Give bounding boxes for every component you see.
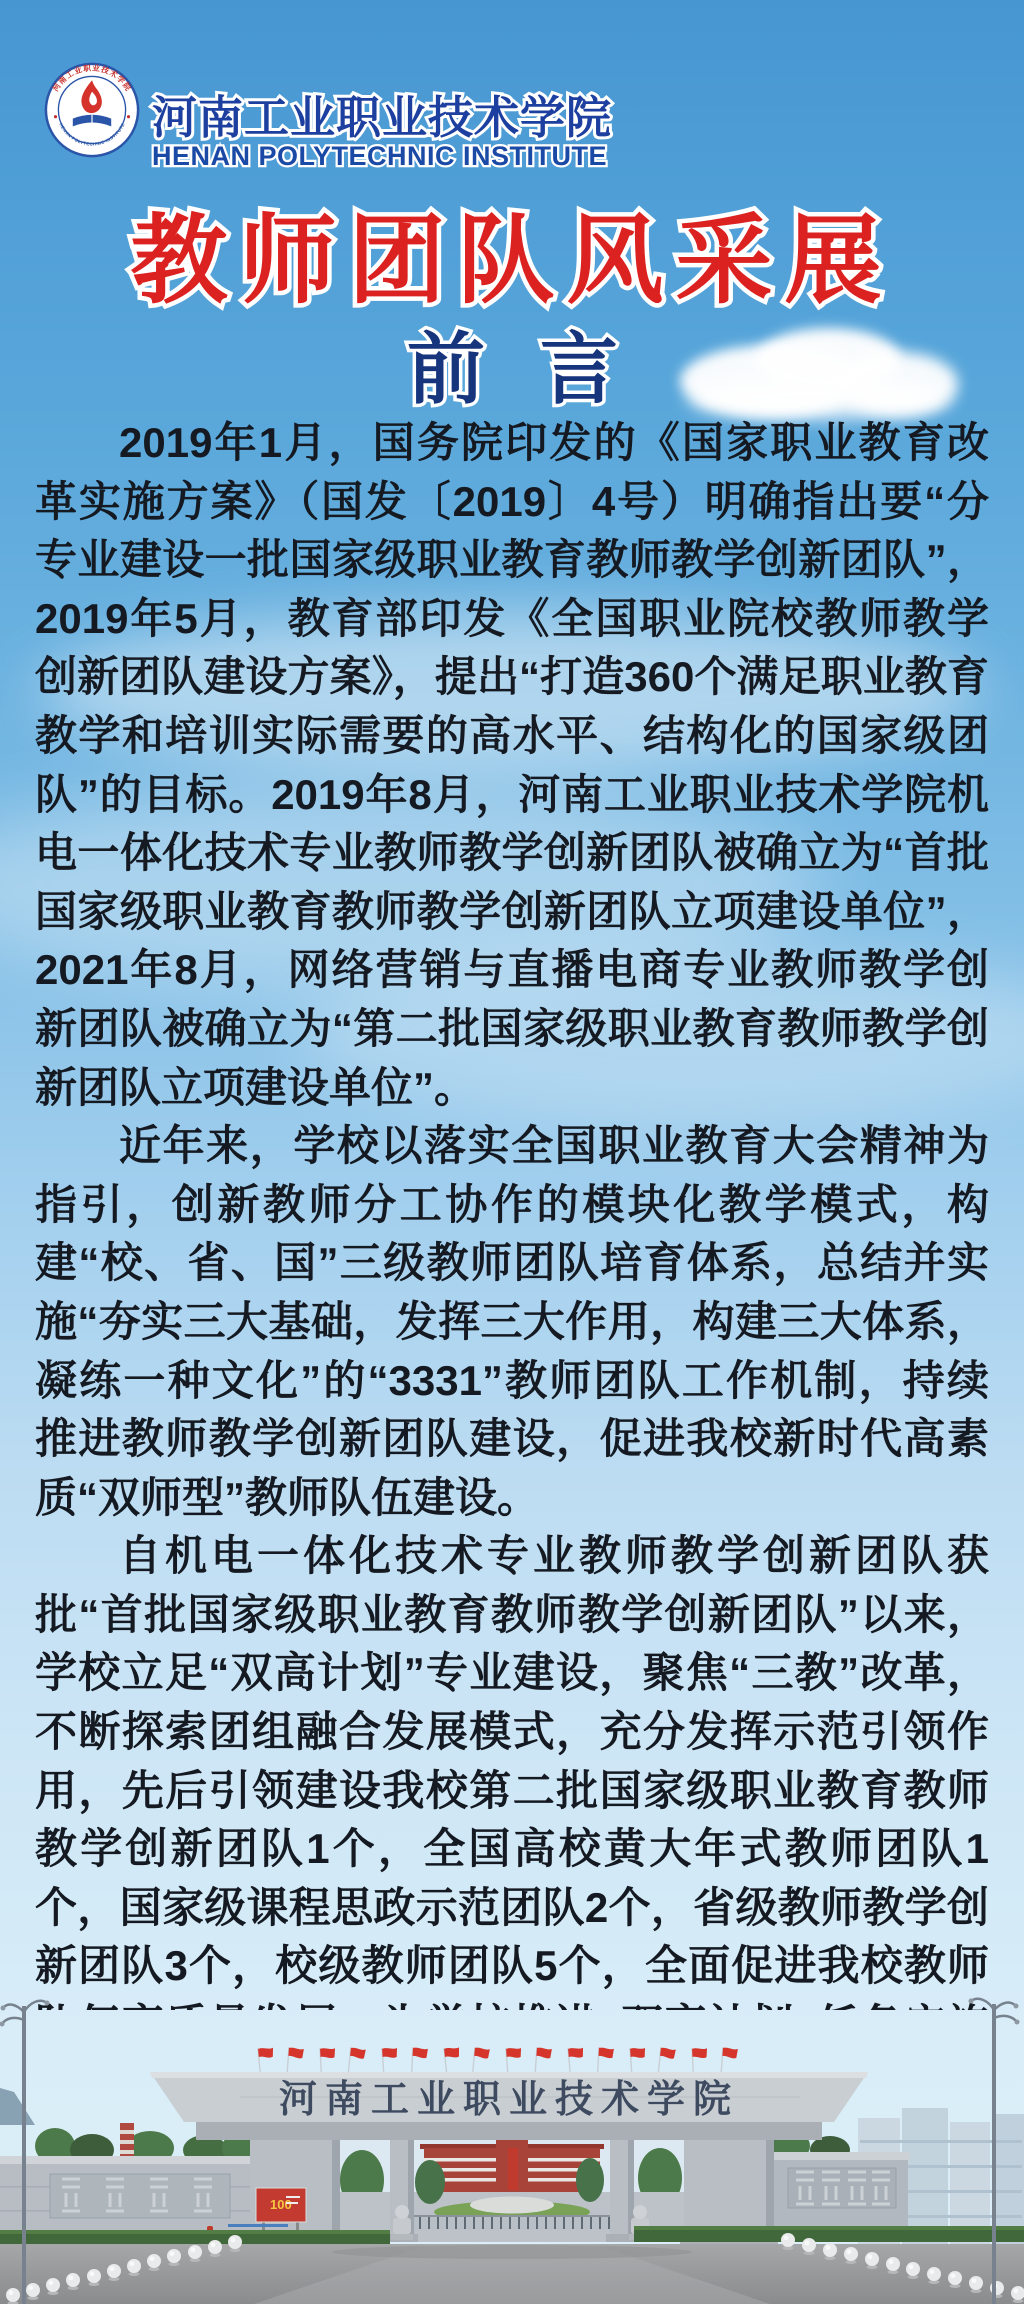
flag-row <box>257 2046 738 2074</box>
gate-name-text: 河南工业职业技术学院 <box>279 2079 739 2121</box>
campus-photo: 河南工业职业技术学院 100 <box>0 1990 1024 2304</box>
left-wall <box>0 2156 252 2240</box>
banner-title-block: 教师团队风采展 <box>0 198 1024 316</box>
distant-mountain <box>0 2088 35 2125</box>
billboard-text: 100 <box>270 2197 292 2212</box>
right-wall <box>770 2152 910 2232</box>
banner-subtitle: 前言 <box>407 325 673 413</box>
building-banner <box>508 2148 518 2190</box>
school-name-zh: 河南工业职业技术学院 <box>152 92 612 143</box>
gate-lintel: 河南工业职业技术学院 <box>150 2072 868 2140</box>
school-name-block: 河南工业职业技术学院 HENAN POLYTECHNIC INSTITUTE <box>40 55 760 175</box>
gate-shadow <box>332 2245 692 2259</box>
preface-paragraph-3: 自机电一体化技术专业教师教学创新团队获批“首批国家级职业教育教师教学创新团队”以… <box>35 1527 989 2010</box>
right-wall-panel <box>788 2168 896 2208</box>
preface-paragraph-1: 2019年1月，国务院印发的《国家职业教育改革实施方案》（国发〔2019〕4号）… <box>35 414 989 1117</box>
preface-paragraph-2: 近年来，学校以落实全国职业教育大会精神为指引，创新教师分工协作的模块化教学模式，… <box>35 1117 989 1527</box>
poster-background: 河南工业职业技术学院 HENAN POLYTECHNIC INSTITUTE 河… <box>0 0 1024 2304</box>
banner-title: 教师团队风采展 <box>131 206 894 315</box>
blue-guard-rail <box>228 2224 288 2227</box>
school-name-en: HENAN POLYTECHNIC INSTITUTE <box>152 141 607 171</box>
preface-text: 2019年1月，国务院印发的《国家职业教育改革实施方案》（国发〔2019〕4号）… <box>35 414 989 2010</box>
rock-mound <box>470 2197 554 2214</box>
banner-subtitle-block: 前言 <box>0 316 1024 416</box>
